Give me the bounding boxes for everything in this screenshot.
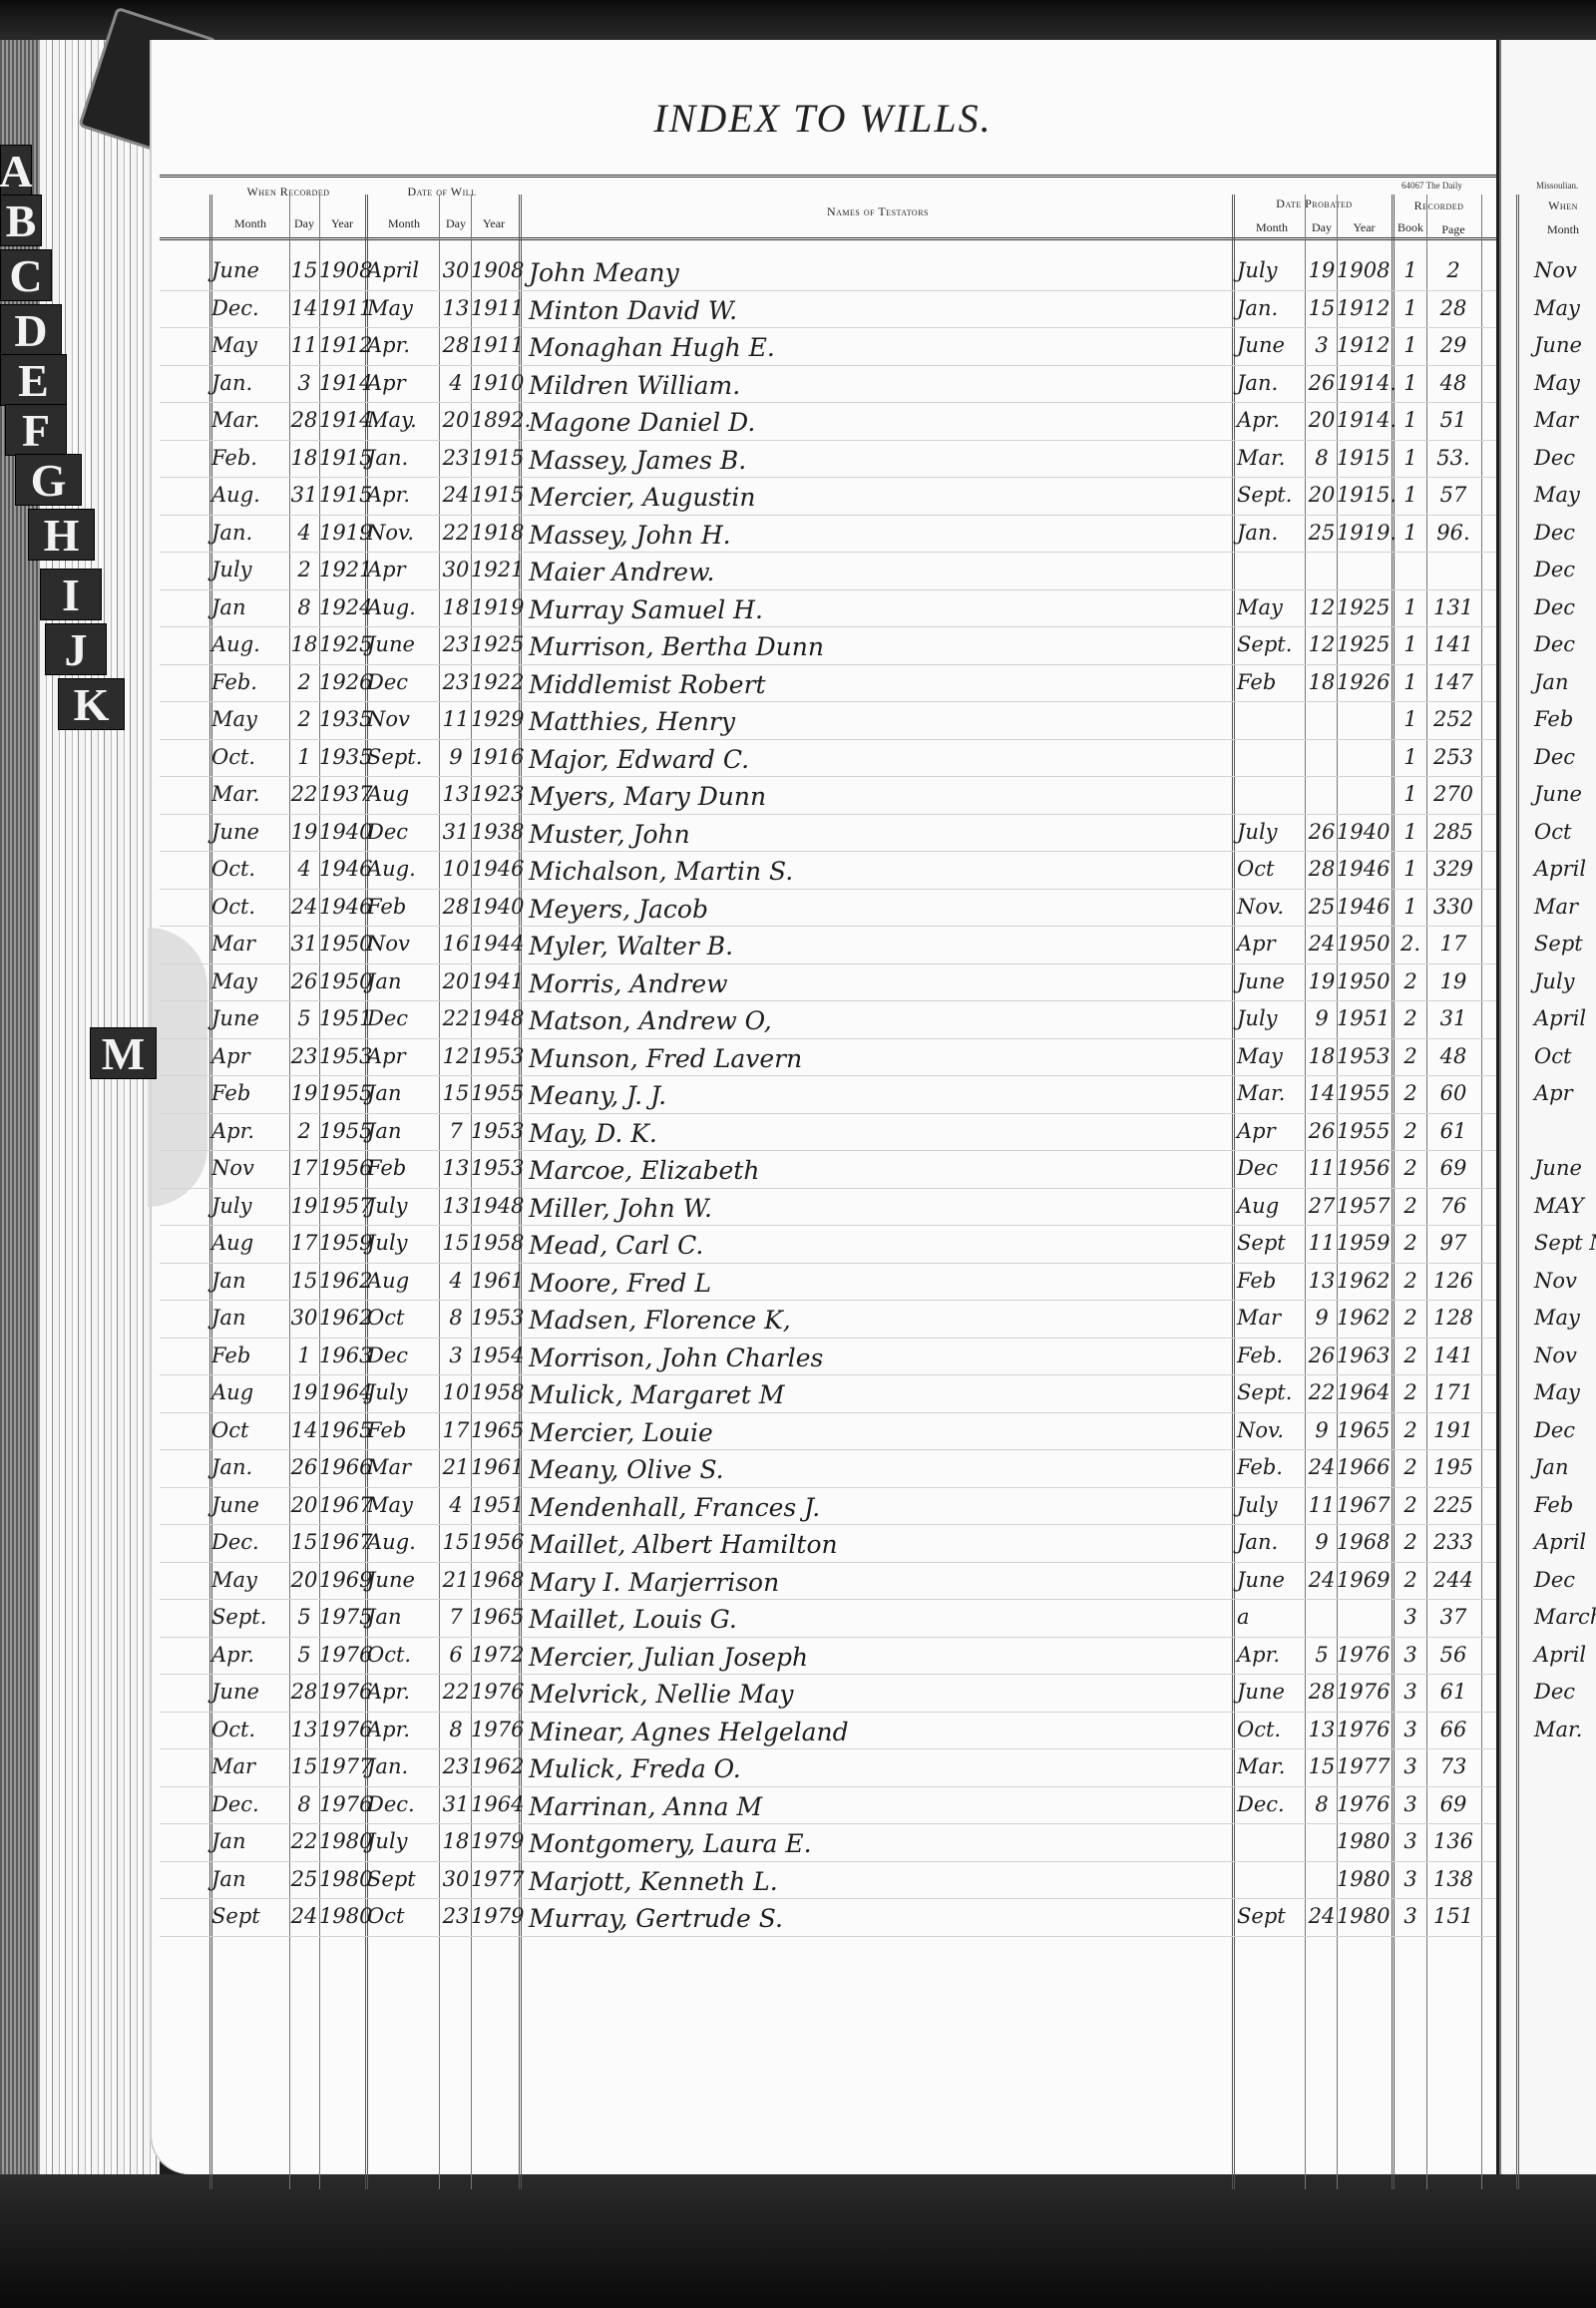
will-year: 1953 (471, 1156, 517, 1180)
index-tab-e[interactable]: E (0, 354, 67, 406)
testator-name: Minear, Agnes Helgeland (529, 1718, 849, 1746)
will-day: 4 (441, 371, 471, 395)
will-day: 10 (441, 1380, 471, 1404)
index-tab-b[interactable]: B (0, 194, 42, 246)
recorded-month: June (211, 1493, 281, 1517)
recorded-day: 15 (289, 1269, 319, 1293)
probated-month: Mar. (1237, 446, 1297, 470)
recorded-month: Aug (211, 1231, 281, 1255)
probated-month: a (1237, 1605, 1297, 1629)
record-book: 2 (1396, 1455, 1424, 1479)
will-month: Aug. (367, 595, 437, 619)
recorded-day: 30 (289, 1306, 319, 1330)
will-year: 1953 (471, 1306, 517, 1330)
will-month: Mar (367, 1455, 437, 1479)
facing-page-month: Apr (1534, 1081, 1594, 1105)
probated-month: Sept (1237, 1231, 1297, 1255)
index-tab-h[interactable]: H (28, 509, 95, 561)
will-year: 1938 (471, 820, 517, 844)
probated-month: June (1237, 1680, 1297, 1704)
column-rule (1516, 194, 1519, 2189)
record-book: 1 (1396, 632, 1424, 656)
recorded-day: 24 (289, 1904, 319, 1928)
record-book: 2 (1396, 969, 1424, 993)
recorded-day: 28 (289, 408, 319, 432)
ledger-row: Oct141965Feb171965Mercier, LouieNov.9196… (160, 1412, 1496, 1451)
facing-page-month: Nov (1534, 1269, 1594, 1293)
ledger-row: June51951Dec221948Matson, Andrew O,July9… (160, 1000, 1496, 1039)
ledger-row: Mar151977Jan.231962Mulick, Freda O.Mar.1… (160, 1748, 1496, 1787)
recorded-month: Aug. (211, 483, 281, 507)
will-month: Dec (367, 1344, 437, 1367)
recorded-day: 15 (289, 1530, 319, 1554)
facing-page-month: Mar (1534, 895, 1594, 919)
record-book: 2 (1396, 1568, 1424, 1592)
recorded-month: Oct. (211, 745, 281, 769)
facing-page-month: June (1534, 782, 1594, 806)
index-tab-d[interactable]: D (0, 304, 62, 356)
will-month: Dec (367, 1006, 437, 1030)
recorded-month: Jan. (211, 1455, 281, 1479)
record-page: 48 (1428, 371, 1478, 395)
recorded-year: 1967 (319, 1493, 365, 1517)
desk-background-bottom (0, 2174, 1596, 2308)
will-year: 1921 (471, 558, 517, 581)
probated-year: 1925 (1337, 595, 1387, 619)
will-year: 1979 (471, 1904, 517, 1928)
ledger-row: Dec.141911May131911Minton David W.Jan.15… (160, 290, 1496, 329)
will-month: Dec (367, 670, 437, 694)
probated-year: 1976 (1337, 1643, 1387, 1667)
index-tab-m[interactable]: M (90, 1027, 157, 1079)
will-month: July (367, 1829, 437, 1853)
index-tab-g[interactable]: G (15, 454, 82, 506)
testator-name: Mercier, Augustin (529, 483, 755, 512)
testator-name: Marjott, Kenneth L. (529, 1867, 778, 1896)
will-year: 1954 (471, 1344, 517, 1367)
will-year: 1925 (471, 632, 517, 656)
ledger-row: Jan151962Aug41961Moore, Fred LFeb1319622… (160, 1263, 1496, 1302)
probated-year: 1980 (1337, 1904, 1387, 1928)
will-day: 22 (441, 1006, 471, 1030)
recorded-year: 1924 (319, 595, 365, 619)
recorded-year: 1965 (319, 1418, 365, 1442)
probated-day: 28 (1307, 1680, 1337, 1704)
will-year: 1944 (471, 932, 517, 956)
will-day: 17 (441, 1418, 471, 1442)
ledger-row: Sept241980Oct231979Murray, Gertrude S.Se… (160, 1898, 1496, 1937)
probated-year: 1977 (1337, 1754, 1387, 1778)
will-year: 1958 (471, 1231, 517, 1255)
facing-page-month: July (1534, 969, 1594, 993)
record-page: 66 (1428, 1718, 1478, 1741)
will-year: 1976 (471, 1718, 517, 1741)
recorded-day: 31 (289, 932, 319, 956)
probated-month: Sept. (1237, 1380, 1297, 1404)
will-month: Feb (367, 1156, 437, 1180)
recorded-year: 1908 (319, 258, 365, 282)
will-year: 1911 (471, 333, 517, 357)
record-book: 1 (1396, 745, 1424, 769)
will-month: Apr. (367, 1680, 437, 1704)
probated-day: 18 (1307, 1044, 1337, 1068)
ledger-row: Mar.221937Aug131923Myers, Mary Dunn1270J… (160, 776, 1496, 815)
will-day: 13 (441, 296, 471, 320)
recorded-day: 3 (289, 371, 319, 395)
probated-month: June (1237, 1568, 1297, 1592)
record-book: 3 (1396, 1643, 1424, 1667)
testator-name: Matthies, Henry (529, 707, 735, 736)
probated-month: Sept. (1237, 483, 1297, 507)
recorded-month: Dec. (211, 1530, 281, 1554)
recorded-day: 17 (289, 1231, 319, 1255)
testator-name: Maillet, Albert Hamilton (529, 1530, 838, 1559)
recorded-month: Oct (211, 1418, 281, 1442)
record-book: 1 (1396, 296, 1424, 320)
recorded-month: Feb. (211, 446, 281, 470)
page-header: Page (1428, 222, 1478, 237)
will-year: 1946 (471, 857, 517, 881)
recorded-day: 15 (289, 258, 319, 282)
probated-year: 1946 (1337, 857, 1387, 881)
will-day: 3 (441, 1344, 471, 1367)
facing-page-month: May (1534, 483, 1594, 507)
recorded-year: 1976 (319, 1718, 365, 1741)
facing-page-month: Jan (1534, 1455, 1594, 1479)
record-page: 252 (1428, 707, 1478, 731)
recorded-year: 1976 (319, 1643, 365, 1667)
page-title: INDEX TO WILLS. (150, 95, 1496, 142)
probated-month: May (1237, 1044, 1297, 1068)
probated-day: 9 (1307, 1418, 1337, 1442)
probated-year: 1914. (1337, 371, 1387, 395)
will-day: 4 (441, 1493, 471, 1517)
recorded-month: Mar. (211, 782, 281, 806)
testator-name: John Meany (529, 258, 679, 287)
record-page: 253 (1428, 745, 1478, 769)
record-page: 126 (1428, 1269, 1478, 1293)
recorded-year: 1915 (319, 483, 365, 507)
will-day: 15 (441, 1530, 471, 1554)
recorded-year: 1980 (319, 1829, 365, 1853)
recorded-month: Aug (211, 1380, 281, 1404)
facing-page-month: Dec (1534, 521, 1594, 545)
testator-name: Mary I. Marjerrison (529, 1568, 779, 1597)
record-page: 17 (1428, 932, 1478, 956)
facing-page-month: Nov (1534, 1344, 1594, 1367)
recorded-day: 20 (289, 1568, 319, 1592)
record-book: 2 (1396, 1044, 1424, 1068)
will-month: Jan (367, 1081, 437, 1105)
will-month: Oct (367, 1904, 437, 1928)
probated-day: 24 (1307, 1455, 1337, 1479)
testator-name: Montgomery, Laura E. (529, 1829, 812, 1858)
record-book: 1 (1396, 333, 1424, 357)
recorded-day: 22 (289, 1829, 319, 1853)
probated-month: Feb (1237, 1269, 1297, 1293)
recorded-year: 1926 (319, 670, 365, 694)
index-tab-c[interactable]: C (0, 249, 52, 301)
rec-year-header: Year (319, 216, 365, 231)
facing-page-month: Dec (1534, 1568, 1594, 1592)
probated-day: 8 (1307, 446, 1337, 470)
ledger-row: Aug171959July151958Mead, Carl C.Sept1119… (160, 1225, 1496, 1264)
index-tab-f[interactable]: F (5, 404, 67, 456)
record-page: 61 (1428, 1119, 1478, 1143)
testator-name: Munson, Fred Lavern (529, 1044, 802, 1073)
recorded-month: Oct. (211, 1718, 281, 1741)
probated-year: 1959 (1337, 1231, 1387, 1255)
probated-month: May (1237, 595, 1297, 619)
ledger-row: Feb.21926Dec231922Middlemist RobertFeb18… (160, 664, 1496, 703)
probated-month: Mar. (1237, 1754, 1297, 1778)
recorded-year: 1940 (319, 820, 365, 844)
probated-month: Apr. (1237, 408, 1297, 432)
probated-month: Nov. (1237, 1418, 1297, 1442)
probated-day: 15 (1307, 1754, 1337, 1778)
record-page: 29 (1428, 333, 1478, 357)
probated-day: 26 (1307, 1344, 1337, 1367)
recorded-year: 1976 (319, 1680, 365, 1704)
record-page: 19 (1428, 969, 1478, 993)
testator-name: Myler, Walter B. (529, 932, 733, 961)
testator-name: Marcoe, Elizabeth (529, 1156, 759, 1185)
recorded-year: 1964 (319, 1380, 365, 1404)
probated-year: 1962 (1337, 1306, 1387, 1330)
record-book: 3 (1396, 1829, 1424, 1853)
ledger-row: Feb11963Dec31954Morrison, John CharlesFe… (160, 1338, 1496, 1376)
index-tab-k[interactable]: K (58, 678, 125, 730)
will-day: 18 (441, 1829, 471, 1853)
probated-year: 1912 (1337, 296, 1387, 320)
probated-day: 12 (1307, 595, 1337, 619)
record-page: 96. (1428, 521, 1478, 545)
will-month: Apr (367, 371, 437, 395)
will-year: 1964 (471, 1792, 517, 1816)
probated-year: 1912 (1337, 333, 1387, 357)
will-day: 22 (441, 521, 471, 545)
recorded-year: 1955 (319, 1119, 365, 1143)
ledger-row: Mar.281914.May.201892.Magone Daniel D.Ap… (160, 402, 1496, 441)
probated-month: Jan. (1237, 296, 1297, 320)
recorded-month: Aug. (211, 632, 281, 656)
will-month: Aug (367, 782, 437, 806)
record-book: 1 (1396, 895, 1424, 919)
ledger-row: Jan221980July181979Montgomery, Laura E.1… (160, 1823, 1496, 1862)
will-day: 20 (441, 408, 471, 432)
testator-name: Melvrick, Nellie May (529, 1680, 794, 1709)
facing-page-month: Sept (1534, 932, 1594, 956)
testator-name: Mercier, Julian Joseph (529, 1643, 808, 1672)
record-book: 2 (1396, 1081, 1424, 1105)
record-page: 48 (1428, 1044, 1478, 1068)
recorded-day: 31 (289, 483, 319, 507)
book-header: Book (1394, 220, 1427, 235)
header-bottom-rule (160, 237, 1496, 240)
will-year: 1919 (471, 595, 517, 619)
probated-year: 1976 (1337, 1718, 1387, 1741)
recorded-day: 17 (289, 1156, 319, 1180)
recorded-day: 19 (289, 820, 319, 844)
will-day: 30 (441, 258, 471, 282)
probated-year: 1950 (1337, 969, 1387, 993)
probated-day: 27 (1307, 1194, 1337, 1218)
recorded-day: 22 (289, 782, 319, 806)
will-year: 1910 (471, 371, 517, 395)
probated-year: 1980 (1337, 1867, 1387, 1891)
ledger-row: Jan251980Sept301977Marjott, Kenneth L.19… (160, 1861, 1496, 1900)
will-year: 1908 (471, 258, 517, 282)
record-book: 1 (1396, 670, 1424, 694)
will-month: Oct (367, 1306, 437, 1330)
record-book: 1 (1396, 707, 1424, 731)
facing-page-month: Jan (1534, 670, 1594, 694)
probated-month: Oct. (1237, 1718, 1297, 1741)
ledger-row: May111912Apr.281911Monaghan Hugh E.June3… (160, 327, 1496, 366)
record-page: 136 (1428, 1829, 1478, 1853)
probated-year: 1915. (1337, 483, 1387, 507)
probated-month: June (1237, 969, 1297, 993)
probated-day: 24 (1307, 932, 1337, 956)
probated-day: 15 (1307, 296, 1337, 320)
recorded-day: 1 (289, 1344, 319, 1367)
will-month: Nov (367, 707, 437, 731)
recorded-day: 19 (289, 1194, 319, 1218)
record-page: 2 (1428, 258, 1478, 282)
recorded-day: 23 (289, 1044, 319, 1068)
probated-day: 9 (1307, 1306, 1337, 1330)
recorded-month: Jan. (211, 371, 281, 395)
probated-year: 1968 (1337, 1530, 1387, 1554)
will-day: 21 (441, 1455, 471, 1479)
facing-page-month: Nov (1534, 258, 1594, 282)
probated-month: Mar (1237, 1306, 1297, 1330)
testator-name: Maillet, Louis G. (529, 1605, 737, 1634)
testator-name: Minton David W. (529, 296, 737, 325)
recorded-month: Oct. (211, 895, 281, 919)
will-day: 13 (441, 1156, 471, 1180)
will-month: Oct. (367, 1643, 437, 1667)
index-tab-i[interactable]: I (40, 569, 102, 620)
probated-month: Jan. (1237, 521, 1297, 545)
record-book: 3 (1396, 1867, 1424, 1891)
recorded-day: 5 (289, 1605, 319, 1629)
record-book: 1 (1396, 258, 1424, 282)
will-day: 28 (441, 895, 471, 919)
facing-page-month: May (1534, 371, 1594, 395)
recorded-header: Recorded (1396, 198, 1481, 213)
ledger-row: Jan.31914Apr41910Mildren William.Jan.261… (160, 365, 1496, 404)
record-page: 31 (1428, 1006, 1478, 1030)
will-year: 1915 (471, 446, 517, 470)
will-year: 1948 (471, 1006, 517, 1030)
recorded-year: 1935 (319, 745, 365, 769)
record-page: 191 (1428, 1418, 1478, 1442)
recorded-month: Jan (211, 1867, 281, 1891)
desk-background-top (0, 0, 1596, 40)
record-book: 2 (1396, 1344, 1424, 1367)
record-page: 244 (1428, 1568, 1478, 1592)
index-tab-a[interactable]: A (0, 145, 32, 196)
probated-year: 1962 (1337, 1269, 1387, 1293)
will-month: July (367, 1194, 437, 1218)
probated-month: Apr. (1237, 1643, 1297, 1667)
index-tab-j[interactable]: J (45, 623, 107, 675)
record-page: 37 (1428, 1605, 1478, 1629)
record-book: 3 (1396, 1605, 1424, 1629)
will-day: 7 (441, 1605, 471, 1629)
testator-name: Meany, Olive S. (529, 1455, 724, 1484)
facing-page-month: May (1534, 296, 1594, 320)
probated-day: 8 (1307, 1792, 1337, 1816)
recorded-year: 1915 (319, 446, 365, 470)
recorded-month: Mar. (211, 408, 281, 432)
ledger-row: June201967May41951Mendenhall, Frances J.… (160, 1487, 1496, 1526)
testator-name: May, D. K. (529, 1119, 657, 1148)
will-month: Jan (367, 1119, 437, 1143)
will-day: 30 (441, 558, 471, 581)
probated-year: 1915 (1337, 446, 1387, 470)
probated-day: 14 (1307, 1081, 1337, 1105)
will-month: Jan. (367, 1754, 437, 1778)
will-month: Sept. (367, 745, 437, 769)
recorded-year: 1962 (319, 1269, 365, 1293)
testator-name: Mendenhall, Frances J. (529, 1493, 820, 1522)
ledger-row: July21921Apr301921Maier Andrew.Dec (160, 552, 1496, 590)
probated-year: 1925 (1337, 632, 1387, 656)
will-month: Jan (367, 969, 437, 993)
will-month: Apr. (367, 483, 437, 507)
probated-year: 1940 (1337, 820, 1387, 844)
will-month: Aug. (367, 857, 437, 881)
recorded-month: Dec. (211, 1792, 281, 1816)
recorded-year: 1921 (319, 558, 365, 581)
next-page-when-header: When (1528, 198, 1596, 213)
will-day: 31 (441, 1792, 471, 1816)
testator-name: Mead, Carl C. (529, 1231, 703, 1260)
record-book: 2 (1396, 1418, 1424, 1442)
recorded-year: 1950 (319, 969, 365, 993)
recorded-year: 1976 (319, 1792, 365, 1816)
probated-year: 1950 (1337, 932, 1387, 956)
ledger-row: Apr231953Apr121953Munson, Fred LavernMay… (160, 1038, 1496, 1077)
date-probated-header: Date Probated (1237, 196, 1392, 211)
record-page: 131 (1428, 595, 1478, 619)
ledger-row: Jan.41919Nov.221918Massey, John H.Jan.25… (160, 515, 1496, 554)
will-month: Nov. (367, 521, 437, 545)
ledger-row: Apr.51976Oct.61972Mercier, Julian Joseph… (160, 1637, 1496, 1676)
probated-year: 1976 (1337, 1680, 1387, 1704)
ledger-row: Dec.81976Dec.311964Marrinan, Anna MDec.8… (160, 1786, 1496, 1825)
testator-name: Massey, James B. (529, 446, 746, 475)
record-book: 1 (1396, 595, 1424, 619)
recorded-month: Apr. (211, 1119, 281, 1143)
ledger-row: Sept.51975Jan71965Maillet, Louis G.a337M… (160, 1599, 1496, 1638)
record-book: 1 (1396, 408, 1424, 432)
probated-year: 1914. (1337, 408, 1387, 432)
recorded-year: 1914 (319, 371, 365, 395)
will-day: 28 (441, 333, 471, 357)
ledger-row: Oct.41946Aug.101946Michalson, Martin S.O… (160, 851, 1496, 890)
recorded-year: 1963 (319, 1344, 365, 1367)
recorded-month: Feb (211, 1344, 281, 1367)
recorded-month: Mar (211, 1754, 281, 1778)
probated-day: 20 (1307, 408, 1337, 432)
probated-day: 24 (1307, 1568, 1337, 1592)
record-book: 2 (1396, 1006, 1424, 1030)
header-top-rule (160, 175, 1496, 178)
ledger-row: Jan301962Oct81953Madsen, Florence K,Mar9… (160, 1300, 1496, 1339)
